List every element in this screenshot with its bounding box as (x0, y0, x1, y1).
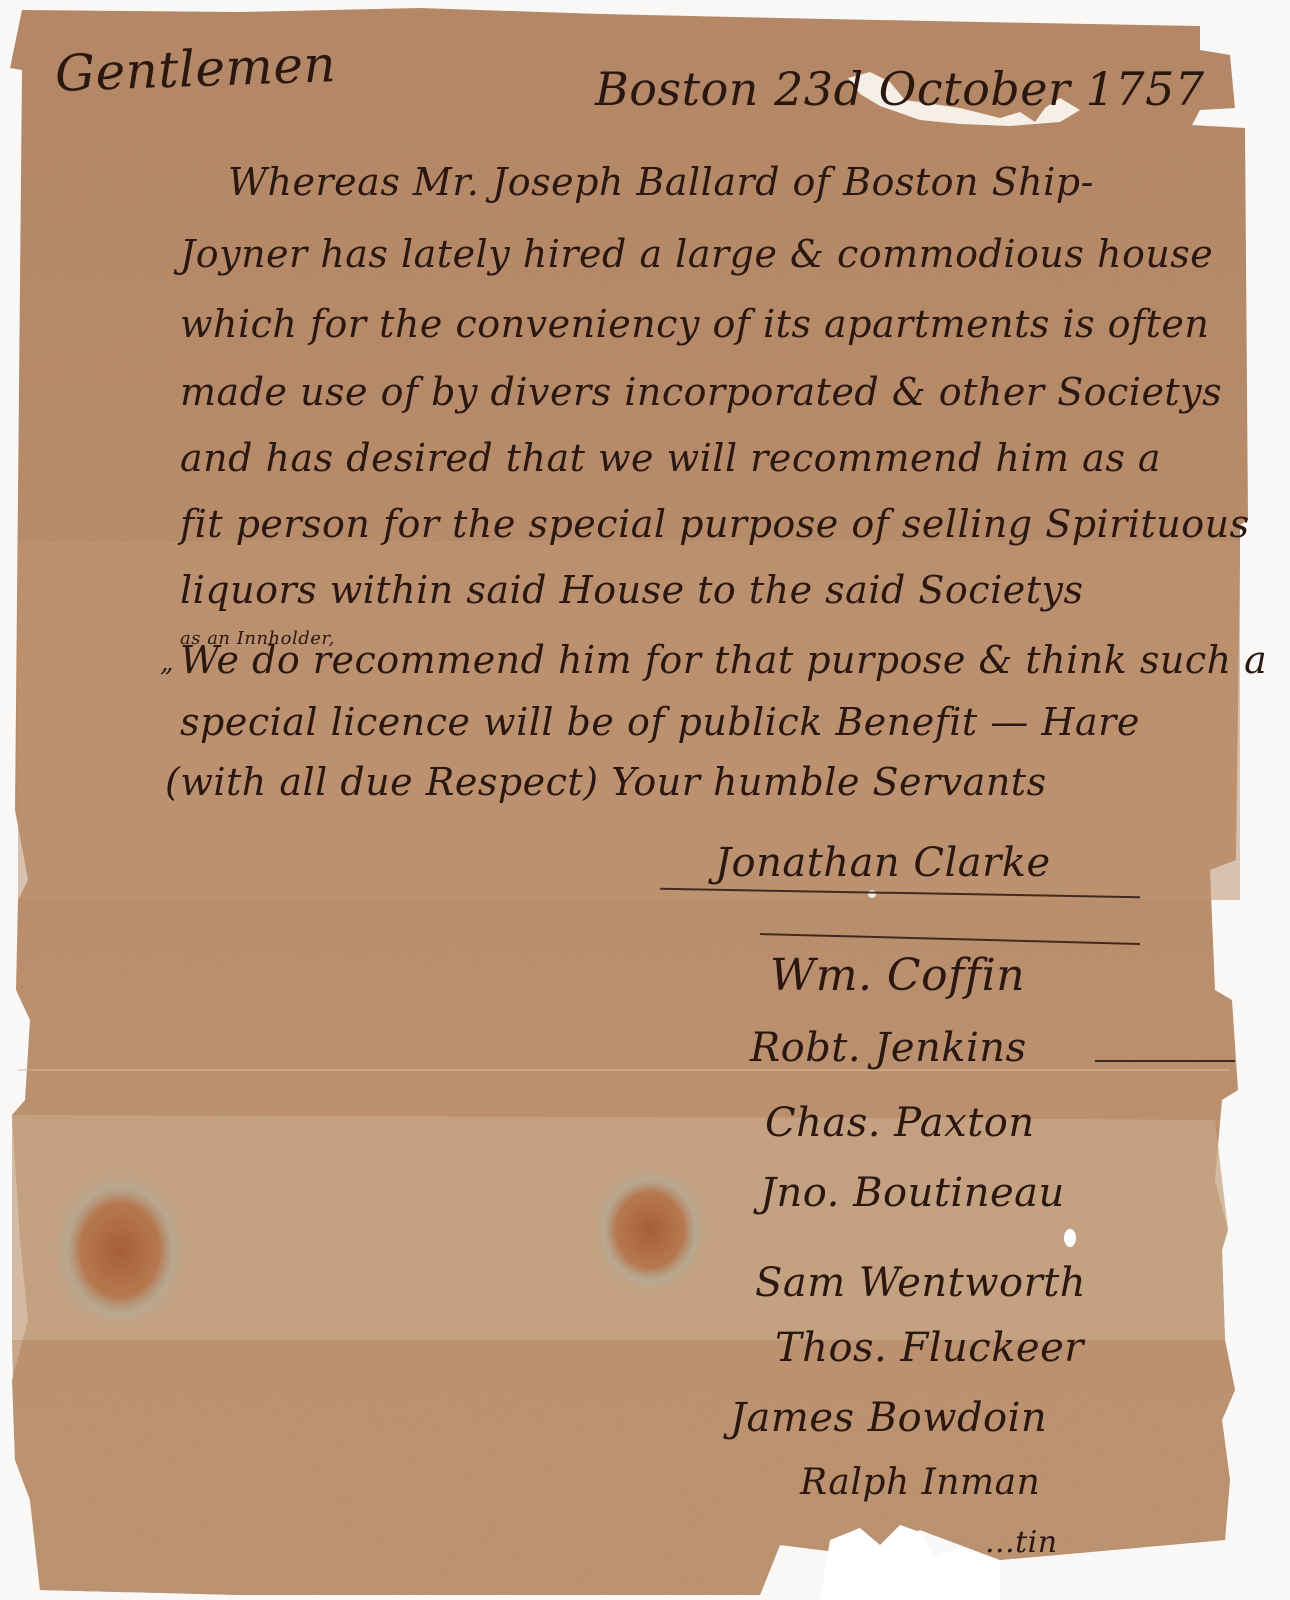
signature-robt-jenkins: Robt. Jenkins (750, 1025, 1027, 1071)
signature-ralph-inman: Ralph Inman (800, 1462, 1040, 1503)
body-line-1: Whereas Mr. Joseph Ballard of Boston Shi… (228, 160, 1094, 204)
signature-torn-partial: ...tin (985, 1525, 1058, 1560)
signature-jno-boutineau: Jno. Boutineau (760, 1170, 1065, 1216)
body-line-9: special licence will be of publick Benef… (180, 700, 1140, 744)
body-line-4: made use of by divers incorporated & oth… (180, 370, 1222, 414)
body-line-2: Joyner has lately hired a large & commod… (180, 232, 1213, 276)
salutation: Gentlemen (54, 35, 337, 103)
body-line-5: and has desired that we will recommend h… (180, 436, 1161, 480)
signature-wm-coffin: Wm. Coffin (770, 950, 1025, 1001)
signature-flourish (1095, 1060, 1235, 1062)
signature-sam-wentworth: Sam Wentworth (755, 1260, 1086, 1306)
closing-line: (with all due Respect) Your humble Serva… (165, 760, 1047, 804)
signature-chas-paxton: Chas. Paxton (765, 1100, 1035, 1146)
signature-james-bowdoin: James Bowdoin (730, 1395, 1047, 1441)
body-line-8: We do recommend him for that purpose & t… (180, 638, 1267, 682)
body-line-3: which for the conveniency of its apartme… (180, 302, 1209, 346)
signature-jonathan-clarke: Jonathan Clarke (715, 840, 1051, 886)
dateline: Boston 23d October 1757 (595, 62, 1205, 116)
insertion-mark: „ (160, 648, 174, 678)
signature-thos-fluckeer: Thos. Fluckeer (775, 1325, 1084, 1371)
body-line-6: fit person for the special purpose of se… (180, 502, 1250, 546)
